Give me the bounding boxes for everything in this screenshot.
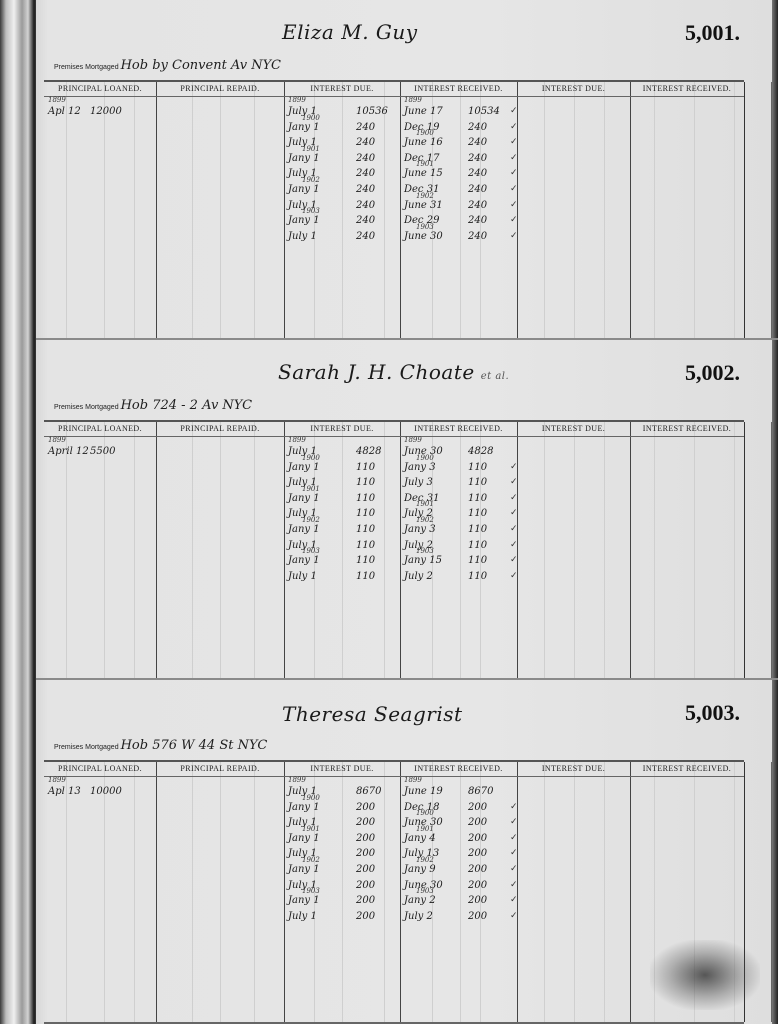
- account-number: 5,003.: [685, 700, 740, 726]
- grid-rule: [104, 422, 105, 678]
- check-mark: ✓: [510, 895, 518, 905]
- check-mark: ✓: [510, 911, 518, 921]
- grid-rule: [66, 762, 67, 1022]
- ledger-grid: PRINCIPAL LOANED.PRINCIPAL REPAID.INTERE…: [44, 760, 744, 1024]
- check-mark: ✓: [510, 524, 518, 534]
- interest-due-date: Jany 1: [288, 802, 320, 813]
- interest-received-year-note: 1902: [416, 856, 434, 864]
- grid-rule: [104, 762, 105, 1022]
- grid-rule: [604, 422, 605, 678]
- interest-received-amount: 200: [468, 817, 487, 828]
- interest-received-date: Jany 15: [404, 555, 442, 566]
- interest-due-amount: 200: [356, 895, 375, 906]
- interest-received-year-note: 1900: [416, 129, 434, 137]
- grid-rule: [460, 762, 461, 1022]
- interest-due-date: Jany 1: [288, 215, 320, 226]
- interest-due-amount: 110: [356, 508, 375, 519]
- check-mark: ✓: [510, 848, 518, 858]
- column-header: PRINCIPAL LOANED.: [44, 82, 156, 97]
- interest-due-amount: 110: [356, 540, 375, 551]
- account-number: 5,001.: [685, 20, 740, 46]
- check-mark: ✓: [510, 231, 518, 241]
- premises-mortgaged: Premises MortgagedHob 576 W 44 St NYC: [54, 738, 267, 753]
- interest-received-year-note: 1902: [416, 516, 434, 524]
- grid-rule: [384, 762, 385, 1022]
- premises-label: Premises Mortgaged: [54, 404, 119, 411]
- interest-received-amount: 110: [468, 462, 487, 473]
- check-mark: ✓: [510, 880, 518, 890]
- interest-received-date: July 2: [404, 911, 433, 922]
- interest-due-year: 1899: [288, 96, 306, 104]
- grid-rule: [544, 82, 545, 338]
- interest-received-year-note: 1901: [416, 500, 434, 508]
- interest-due-amount: 110: [356, 493, 375, 504]
- grid-rule: [66, 422, 67, 678]
- grid-rule: [544, 762, 545, 1022]
- premises-mortgaged: Premises MortgagedHob 724 - 2 Av NYC: [54, 398, 252, 413]
- interest-received-amount: 110: [468, 493, 487, 504]
- interest-received-amount: 10534: [468, 106, 500, 117]
- interest-received-amount: 240: [468, 200, 487, 211]
- premises-label: Premises Mortgaged: [54, 744, 119, 751]
- holder-name-suffix: et al.: [481, 371, 509, 382]
- premises-value: Hob by Convent Av NYC: [121, 58, 281, 73]
- premises-value: Hob 576 W 44 St NYC: [121, 738, 268, 753]
- check-mark: ✓: [510, 508, 518, 518]
- column-divider: [284, 762, 285, 1022]
- book-binding: [0, 0, 36, 1024]
- interest-due-amount: 240: [356, 122, 375, 133]
- interest-received-year-note: 1901: [416, 825, 434, 833]
- check-mark: ✓: [510, 477, 518, 487]
- check-mark: ✓: [510, 168, 518, 178]
- column-divider: [156, 762, 157, 1022]
- check-mark: ✓: [510, 864, 518, 874]
- interest-received-year: 1899: [404, 436, 422, 444]
- interest-due-year-note: 1901: [302, 145, 320, 153]
- interest-received-amount: 200: [468, 895, 487, 906]
- interest-due-year: 1899: [288, 436, 306, 444]
- interest-received-amount: 200: [468, 864, 487, 875]
- interest-received-amount: 200: [468, 802, 487, 813]
- grid-rule: [694, 82, 695, 338]
- interest-received-amount: 240: [468, 231, 487, 242]
- interest-due-date: Jany 1: [288, 833, 320, 844]
- interest-due-date: Jany 1: [288, 462, 320, 473]
- interest-due-year-note: 1900: [302, 114, 320, 122]
- grid-rule: [254, 762, 255, 1022]
- interest-received-year-note: 1900: [416, 809, 434, 817]
- grid-rule: [654, 82, 655, 338]
- principal-loaned-amount: 10000: [90, 786, 122, 797]
- column-divider: [400, 82, 401, 338]
- grid-rule: [220, 422, 221, 678]
- grid-rule: [694, 422, 695, 678]
- premises-mortgaged: Premises MortgagedHob by Convent Av NYC: [54, 58, 281, 73]
- interest-due-date: Jany 1: [288, 555, 320, 566]
- grid-rule: [734, 82, 735, 338]
- grid-rule: [192, 762, 193, 1022]
- interest-received-year: 1899: [404, 96, 422, 104]
- interest-received-amount: 240: [468, 137, 487, 148]
- column-header: INTEREST DUE.: [517, 762, 630, 777]
- principal-loaned-amount: 12000: [90, 106, 122, 117]
- interest-received-amount: 4828: [468, 446, 493, 457]
- interest-received-amount: 110: [468, 571, 487, 582]
- column-divider: [156, 422, 157, 678]
- interest-due-date: Jany 1: [288, 153, 320, 164]
- interest-received-amount: 240: [468, 184, 487, 195]
- interest-due-amount: 200: [356, 802, 375, 813]
- interest-received-amount: 200: [468, 848, 487, 859]
- interest-due-amount: 4828: [356, 446, 381, 457]
- interest-due-date: Jany 1: [288, 895, 320, 906]
- interest-received-date: Jany 3: [404, 462, 436, 473]
- column-header: INTEREST DUE.: [284, 82, 400, 97]
- interest-received-date: June 31: [404, 200, 443, 211]
- interest-due-amount: 240: [356, 231, 375, 242]
- grid-rule: [604, 82, 605, 338]
- interest-due-amount: 240: [356, 153, 375, 164]
- grid-rule: [460, 82, 461, 338]
- interest-due-date: Jany 1: [288, 184, 320, 195]
- column-header: INTEREST RECEIVED.: [400, 422, 517, 437]
- check-mark: ✓: [510, 137, 518, 147]
- column-divider: [284, 82, 285, 338]
- interest-due-year: 1899: [288, 776, 306, 784]
- interest-due-amount: 200: [356, 833, 375, 844]
- account-holder-name: Eliza M. Guy: [282, 20, 424, 44]
- interest-received-date: Jany 3: [404, 524, 436, 535]
- column-header: PRINCIPAL REPAID.: [156, 422, 284, 437]
- grid-rule: [104, 82, 105, 338]
- grid-rule: [192, 422, 193, 678]
- column-header: PRINCIPAL REPAID.: [156, 762, 284, 777]
- grid-rule: [220, 82, 221, 338]
- grid-rule: [384, 422, 385, 678]
- interest-received-year-note: 1903: [416, 547, 434, 555]
- page-stain: [650, 940, 760, 1010]
- interest-due-amount: 110: [356, 477, 375, 488]
- loan-date: April 12: [48, 446, 89, 457]
- column-divider: [630, 422, 631, 678]
- grid-rule: [342, 82, 343, 338]
- interest-due-amount: 200: [356, 864, 375, 875]
- grid-rule: [544, 422, 545, 678]
- premises-label: Premises Mortgaged: [54, 64, 119, 71]
- interest-due-amount: 200: [356, 880, 375, 891]
- interest-due-date: July 1: [288, 911, 317, 922]
- check-mark: ✓: [510, 540, 518, 550]
- margin-column: [744, 422, 772, 678]
- column-divider: [517, 422, 518, 678]
- grid-rule: [574, 762, 575, 1022]
- account-number: 5,002.: [685, 360, 740, 386]
- section-divider: [36, 338, 778, 340]
- interest-received-amount: 110: [468, 555, 487, 566]
- check-mark: ✓: [510, 215, 518, 225]
- interest-due-amount: 240: [356, 215, 375, 226]
- loan-date: Apl 13: [48, 786, 81, 797]
- margin-column: [744, 82, 772, 338]
- interest-due-amount: 110: [356, 555, 375, 566]
- interest-due-amount: 240: [356, 200, 375, 211]
- grid-rule: [460, 422, 461, 678]
- ledger-grid: PRINCIPAL LOANED.PRINCIPAL REPAID.INTERE…: [44, 420, 744, 680]
- check-mark: ✓: [510, 571, 518, 581]
- interest-due-date: July 1: [288, 231, 317, 242]
- interest-received-year-note: 1903: [416, 223, 434, 231]
- premises-value: Hob 724 - 2 Av NYC: [121, 398, 253, 413]
- interest-due-year-note: 1900: [302, 454, 320, 462]
- interest-due-date: Jany 1: [288, 493, 320, 504]
- check-mark: ✓: [510, 184, 518, 194]
- interest-received-date: Jany 9: [404, 864, 436, 875]
- interest-due-year-note: 1901: [302, 485, 320, 493]
- loan-year: 1899: [48, 96, 66, 104]
- check-mark: ✓: [510, 200, 518, 210]
- interest-received-date: Jany 4: [404, 833, 436, 844]
- interest-received-date: June 15: [404, 168, 443, 179]
- loan-year: 1899: [48, 436, 66, 444]
- grid-rule: [254, 82, 255, 338]
- interest-due-year-note: 1901: [302, 825, 320, 833]
- interest-received-amount: 8670: [468, 786, 493, 797]
- interest-due-amount: 110: [356, 524, 375, 535]
- principal-loaned-amount: 5500: [90, 446, 115, 457]
- grid-rule: [574, 82, 575, 338]
- account-holder-name: Sarah J. H. Choateet al.: [278, 360, 509, 384]
- interest-due-amount: 240: [356, 137, 375, 148]
- interest-due-amount: 200: [356, 911, 375, 922]
- column-header: PRINCIPAL REPAID.: [156, 82, 284, 97]
- interest-due-year-note: 1903: [302, 887, 320, 895]
- grid-rule: [254, 422, 255, 678]
- interest-received-date: July 2: [404, 571, 433, 582]
- interest-received-year-note: 1903: [416, 887, 434, 895]
- interest-received-date: June 19: [404, 786, 443, 797]
- interest-due-year-note: 1903: [302, 547, 320, 555]
- interest-received-amount: 240: [468, 215, 487, 226]
- grid-rule: [574, 422, 575, 678]
- column-header: INTEREST DUE.: [284, 422, 400, 437]
- grid-rule: [220, 762, 221, 1022]
- grid-rule: [342, 762, 343, 1022]
- grid-rule: [134, 82, 135, 338]
- holder-name-text: Sarah J. H. Choate: [278, 360, 475, 384]
- interest-due-year-note: 1902: [302, 176, 320, 184]
- column-header: PRINCIPAL LOANED.: [44, 762, 156, 777]
- interest-received-year-note: 1901: [416, 160, 434, 168]
- grid-rule: [604, 762, 605, 1022]
- column-divider: [400, 762, 401, 1022]
- interest-received-amount: 200: [468, 833, 487, 844]
- interest-received-amount: 110: [468, 540, 487, 551]
- column-header: INTEREST RECEIVED.: [400, 82, 517, 97]
- column-divider: [284, 422, 285, 678]
- check-mark: ✓: [510, 153, 518, 163]
- interest-due-year-note: 1903: [302, 207, 320, 215]
- column-divider: [400, 422, 401, 678]
- grid-rule: [384, 82, 385, 338]
- loan-year: 1899: [48, 776, 66, 784]
- interest-due-amount: 10536: [356, 106, 388, 117]
- grid-rule: [342, 422, 343, 678]
- column-header: INTEREST RECEIVED.: [630, 422, 744, 437]
- ledger-grid: PRINCIPAL LOANED.PRINCIPAL REPAID.INTERE…: [44, 80, 744, 340]
- column-header: INTEREST RECEIVED.: [630, 82, 744, 97]
- column-divider: [156, 82, 157, 338]
- check-mark: ✓: [510, 833, 518, 843]
- interest-due-date: Jany 1: [288, 122, 320, 133]
- interest-due-year-note: 1902: [302, 856, 320, 864]
- column-divider: [630, 82, 631, 338]
- grid-rule: [134, 762, 135, 1022]
- interest-received-amount: 110: [468, 508, 487, 519]
- check-mark: ✓: [510, 122, 518, 132]
- interest-due-year-note: 1902: [302, 516, 320, 524]
- interest-due-year-note: 1900: [302, 794, 320, 802]
- account-holder-name: Theresa Seagrist: [282, 702, 469, 726]
- check-mark: ✓: [510, 493, 518, 503]
- column-header: PRINCIPAL LOANED.: [44, 422, 156, 437]
- account-section: Sarah J. H. Choateet al.5,002.Premises M…: [36, 340, 778, 680]
- section-divider: [36, 678, 778, 680]
- interest-due-date: Jany 1: [288, 864, 320, 875]
- column-header: INTEREST RECEIVED.: [400, 762, 517, 777]
- interest-received-date: June 17: [404, 106, 443, 117]
- grid-rule: [66, 82, 67, 338]
- interest-received-amount: 200: [468, 911, 487, 922]
- interest-due-amount: 240: [356, 168, 375, 179]
- interest-received-date: July 3: [404, 477, 433, 488]
- column-divider: [630, 762, 631, 1022]
- grid-rule: [734, 422, 735, 678]
- interest-due-amount: 8670: [356, 786, 381, 797]
- interest-due-amount: 240: [356, 184, 375, 195]
- interest-received-amount: 240: [468, 153, 487, 164]
- interest-received-amount: 200: [468, 880, 487, 891]
- interest-received-date: Jany 2: [404, 895, 436, 906]
- column-divider: [517, 82, 518, 338]
- check-mark: ✓: [510, 802, 518, 812]
- interest-received-amount: 110: [468, 524, 487, 535]
- interest-due-amount: 200: [356, 817, 375, 828]
- column-header: INTEREST RECEIVED.: [630, 762, 744, 777]
- interest-received-amount: 240: [468, 168, 487, 179]
- interest-received-amount: 240: [468, 122, 487, 133]
- interest-due-date: Jany 1: [288, 524, 320, 535]
- grid-rule: [654, 422, 655, 678]
- check-mark: ✓: [510, 106, 518, 116]
- interest-received-year-note: 1902: [416, 192, 434, 200]
- column-header: INTEREST DUE.: [517, 82, 630, 97]
- check-mark: ✓: [510, 462, 518, 472]
- grid-rule: [134, 422, 135, 678]
- account-section: Eliza M. Guy5,001.Premises MortgagedHob …: [36, 0, 778, 340]
- holder-name-text: Theresa Seagrist: [282, 702, 463, 726]
- column-header: INTEREST DUE.: [517, 422, 630, 437]
- holder-name-text: Eliza M. Guy: [282, 20, 418, 44]
- interest-due-amount: 110: [356, 571, 375, 582]
- interest-received-amount: 110: [468, 477, 487, 488]
- column-header: INTEREST DUE.: [284, 762, 400, 777]
- loan-date: Apl 12: [48, 106, 81, 117]
- interest-received-year-note: 1900: [416, 454, 434, 462]
- interest-due-date: July 1: [288, 571, 317, 582]
- interest-received-date: June 30: [404, 231, 443, 242]
- interest-due-amount: 200: [356, 848, 375, 859]
- interest-received-year: 1899: [404, 776, 422, 784]
- interest-due-amount: 110: [356, 462, 375, 473]
- interest-received-date: June 16: [404, 137, 443, 148]
- grid-rule: [192, 82, 193, 338]
- check-mark: ✓: [510, 817, 518, 827]
- check-mark: ✓: [510, 555, 518, 565]
